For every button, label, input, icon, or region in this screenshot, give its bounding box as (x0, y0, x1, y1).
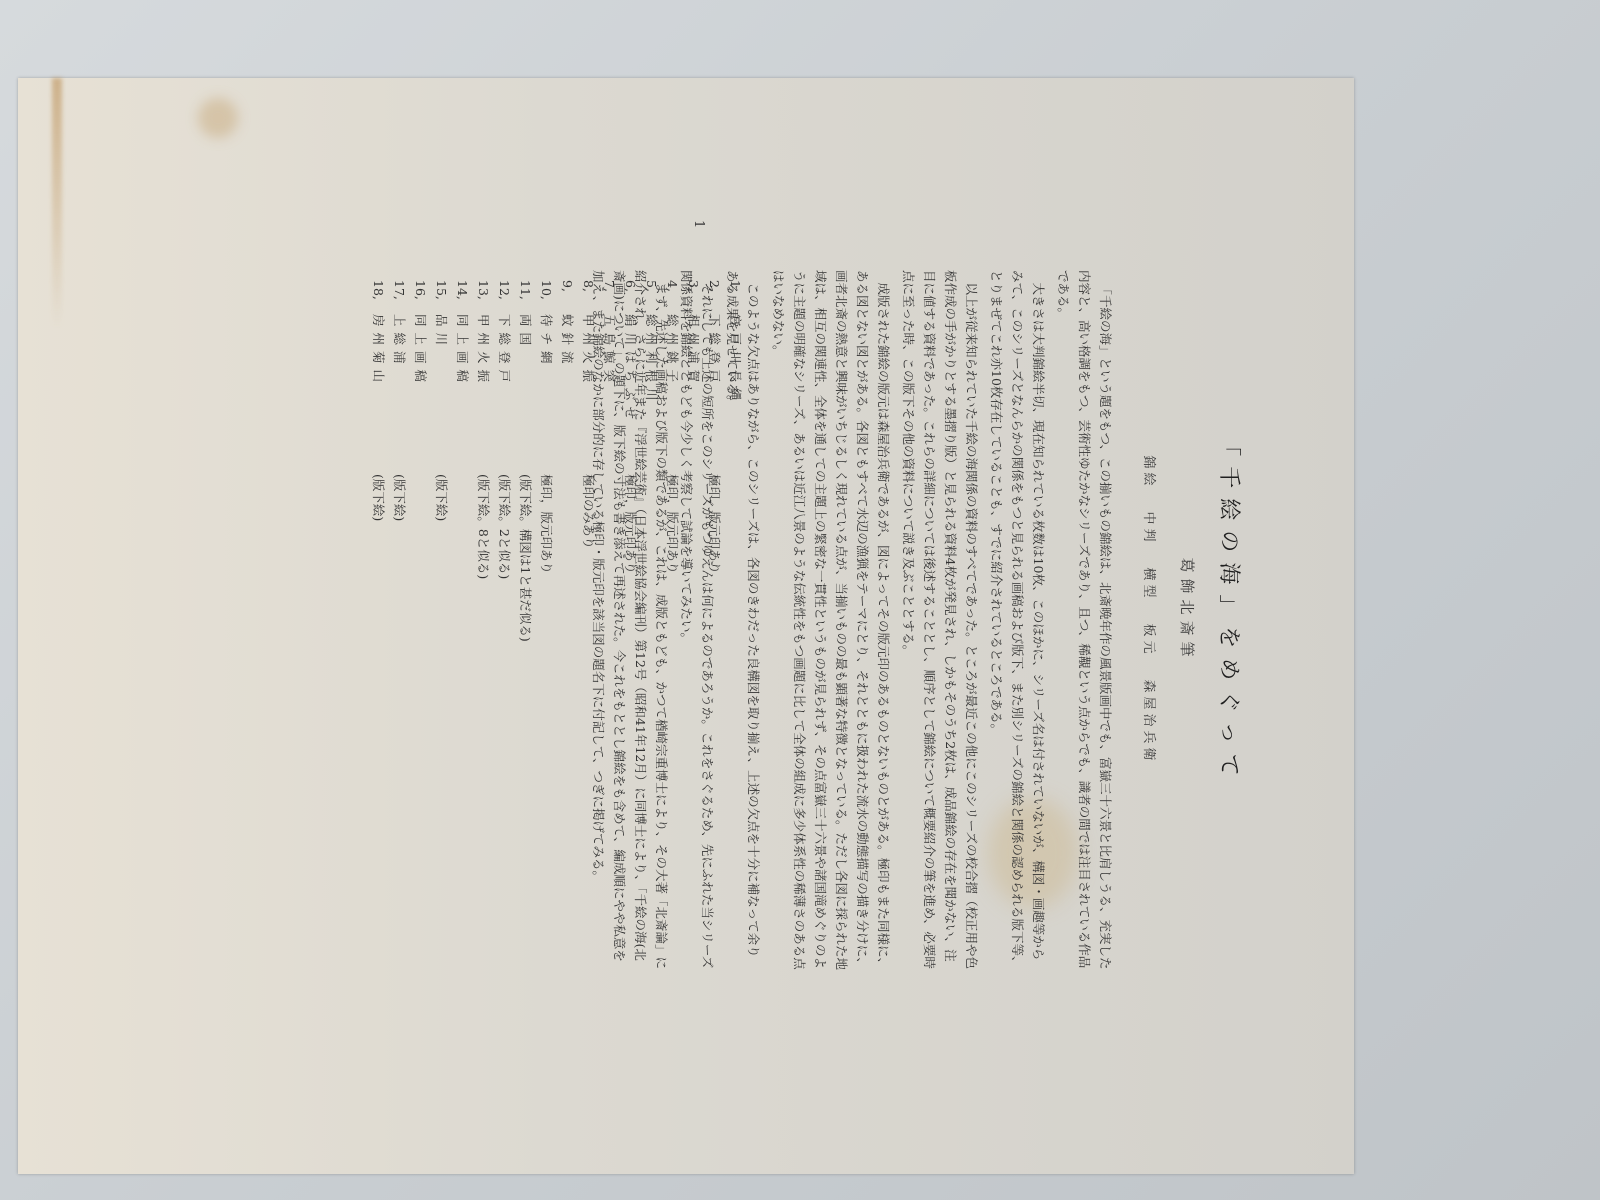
list-item-note: (版下絵) (368, 474, 389, 980)
list-item: 18,房州菊山(版下絵) (368, 280, 389, 980)
list-item: 17,上総浦(版下絵) (389, 280, 410, 980)
meta-item: 中判 (1141, 511, 1160, 545)
list-item-note: (版下絵) (389, 474, 410, 980)
list-item-num: 9, (557, 280, 578, 314)
list-item-num: 8, (578, 280, 599, 314)
meta-item: 錦絵 (1141, 455, 1160, 489)
list-item: 15,品川(版下絵) (431, 280, 452, 980)
list-item: 13,甲州火振(版下絵。8と似る) (473, 280, 494, 980)
paragraph: 成版された錦絵の版元は森屋治兵衛であるが、図によってその版元印のあるものとないも… (768, 270, 894, 970)
list-item-place: 両国 (515, 314, 536, 474)
list-item-num: 15, (431, 280, 452, 314)
meta-item: 横型 (1141, 567, 1160, 601)
list-item-note: 極印，版元印あり (662, 474, 683, 980)
list-item: 16,同上画稿 (410, 280, 431, 980)
list-item-note: 極印，版元印あり (704, 474, 725, 980)
list-item-note (452, 474, 473, 980)
list-item-place: 甲州火振 (578, 314, 599, 474)
list-item-place: 絹川はちぶせ (620, 314, 641, 474)
list-item-place: 宮戸川長縄 (725, 314, 746, 474)
list-item-place: 上総浦 (389, 314, 410, 474)
list-item-place: 待チ網 (536, 314, 557, 474)
list-item-place: 下総登戸 (494, 314, 515, 474)
list-item-num: 7, (599, 280, 620, 314)
list-item-place: 総州利根川 (641, 314, 662, 474)
list-item-note: (版下絵。8と似る) (473, 474, 494, 980)
list-item: 8,甲州火振極印のみあり (578, 280, 599, 980)
list-item: 2,下総登戸極印，版元印あり (704, 280, 725, 980)
list-item-place: 房州菊山 (368, 314, 389, 474)
list-item-num: 10, (536, 280, 557, 314)
paragraph: 以上が従来知られていた千絵の海関係の資料のすべてであった。ところが最近この他にこ… (898, 270, 982, 970)
list-item-place: 品川 (431, 314, 452, 474)
page-number: 1 (691, 220, 706, 228)
list-item-note: 極印，版元印あり (620, 474, 641, 980)
list-item-note (410, 474, 431, 980)
list-item: 11,両国(版下絵。構図は1と甚だ似る) (515, 280, 536, 980)
list-item-place: 総州銚子 (662, 314, 683, 474)
list-item-note: (版下絵) (431, 474, 452, 980)
print-list: 1,宮戸川長縄2,下総登戸極印，版元印あり3,相州浦賀4,総州銚子極印，版元印あ… (368, 280, 746, 980)
meta-item: 板元 (1141, 624, 1160, 658)
list-item-note: 極印，版元印あり (536, 474, 557, 980)
list-item-num: 17, (389, 280, 410, 314)
list-item-note (557, 474, 578, 980)
list-item-num: 16, (410, 280, 431, 314)
list-item-note (725, 474, 746, 980)
paragraph: 大きさは大判錦絵半切、現在知られている枚数は10枚、このほかに、シリーズ名は付さ… (986, 270, 1049, 970)
list-item-place: 蚊針流 (557, 314, 578, 474)
list-item-note: 極印のみあり (578, 474, 599, 980)
list-item: 5,総州利根川 (641, 280, 662, 980)
list-item: 1,宮戸川長縄 (725, 280, 746, 980)
paper-stain (52, 78, 62, 328)
list-item: 9,蚊針流 (557, 280, 578, 980)
list-item-num: 11, (515, 280, 536, 314)
list-item-num: 1, (725, 280, 746, 314)
list-item-num: 5, (641, 280, 662, 314)
list-item-place: 相州浦賀 (683, 314, 704, 474)
list-item: 12,下総登戸(版下絵。2と似る) (494, 280, 515, 980)
list-item-num: 6, (620, 280, 641, 314)
list-item-place: 同上画稿 (410, 314, 431, 474)
list-item: 7,五島鯨突 (599, 280, 620, 980)
document-title: 「千絵の海」をめぐって (1215, 210, 1246, 1010)
list-item-place: 五島鯨突 (599, 314, 620, 474)
list-item: 4,総州銚子極印，版元印あり (662, 280, 683, 980)
list-item-note: (版下絵。構図は1と甚だ似る) (515, 474, 536, 980)
paper-stain (198, 98, 238, 138)
list-item-place: 下総登戸 (704, 314, 725, 474)
list-item-note (599, 474, 620, 980)
list-item-num: 14, (452, 280, 473, 314)
list-item: 14,同上画稿 (452, 280, 473, 980)
document-meta: 錦絵 中判 横型 板元 森屋治兵衛 (1141, 210, 1160, 1010)
document-page: 「千絵の海」をめぐって 葛飾北斎筆 錦絵 中判 横型 板元 森屋治兵衛 「千絵の… (226, 210, 1386, 1010)
list-item-note (683, 474, 704, 980)
list-item-num: 3, (683, 280, 704, 314)
meta-item: 森屋治兵衛 (1141, 680, 1160, 765)
list-item: 3,相州浦賀 (683, 280, 704, 980)
list-item-num: 13, (473, 280, 494, 314)
list-item: 10,待チ網極印，版元印あり (536, 280, 557, 980)
list-item-place: 甲州火振 (473, 314, 494, 474)
list-item-num: 18, (368, 280, 389, 314)
paragraph: 「千絵の海」という題をもつ、この揃いもの錦絵は、北斎晩年作の風景版画中でも、富嶽… (1053, 270, 1116, 970)
list-item-note: (版下絵。2と似る) (494, 474, 515, 980)
list-item: 6,絹川はちぶせ極印，版元印あり (620, 280, 641, 980)
list-item-num: 4, (662, 280, 683, 314)
list-item-place: 同上画稿 (452, 314, 473, 474)
list-item-note (641, 474, 662, 980)
document-author: 葛飾北斎筆 (1177, 210, 1198, 1010)
list-item-num: 2, (704, 280, 725, 314)
list-item-num: 12, (494, 280, 515, 314)
